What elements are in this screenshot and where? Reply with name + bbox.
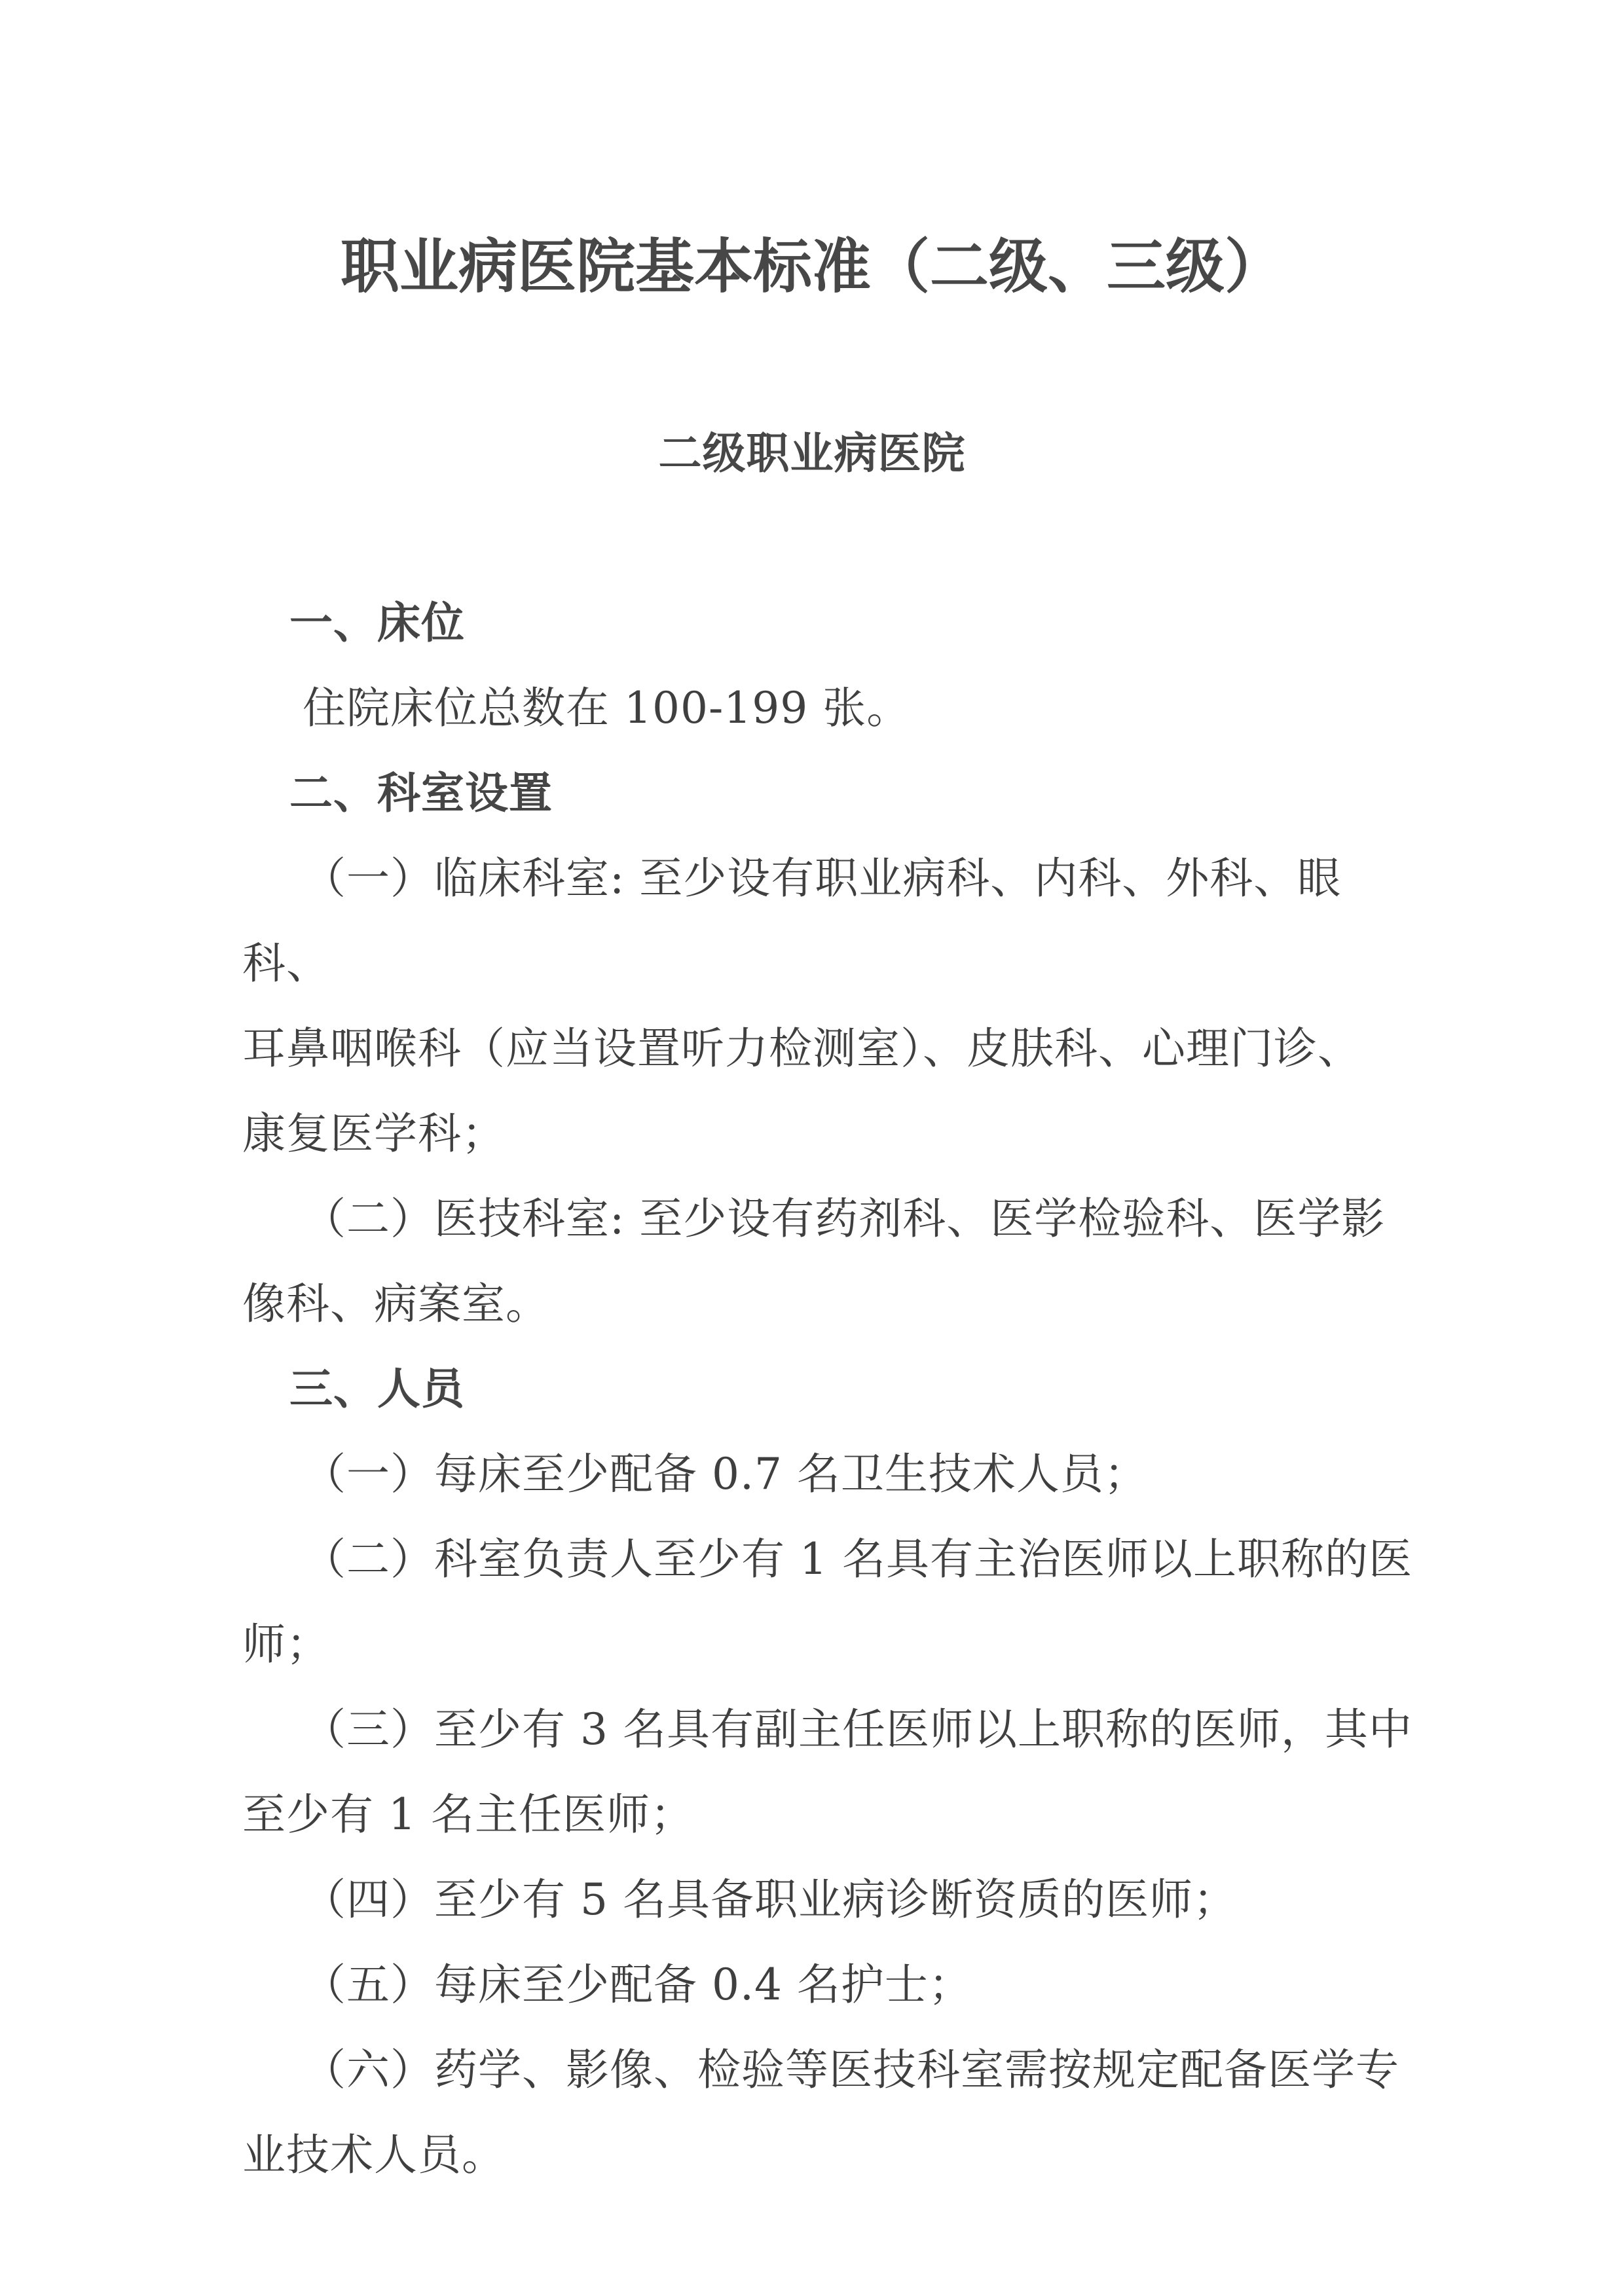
section-heading-beds: 一、床位 bbox=[242, 581, 1414, 666]
paragraph-diagnosis-qualified-physicians: （四）至少有 5 名具备职业病诊断资质的医师； bbox=[242, 1857, 1414, 1942]
section-heading-departments: 二、科室设置 bbox=[242, 751, 1414, 836]
section-heading-personnel: 三、人员 bbox=[242, 1347, 1414, 1432]
paragraph-department-heads: （二）科室负责人至少有 1 名具有主治医师以上职称的医 师； bbox=[242, 1517, 1414, 1687]
paragraph-deputy-chief-physicians: （三）至少有 3 名具有副主任医师以上职称的医师，其中 至少有 1 名主任医师； bbox=[242, 1687, 1414, 1857]
paragraph-health-tech-staff: （一）每床至少配备 0.7 名卫生技术人员； bbox=[242, 1432, 1414, 1517]
page-subtitle: 二级职业病医院 bbox=[0, 411, 1624, 496]
document-body: 一、床位 住院床位总数在 100-199 张。 二、科室设置 （一）临床科室: … bbox=[242, 581, 1414, 2198]
paragraph-medtech-staff: （六）药学、影像、检验等医技科室需按规定配备医学专 业技术人员。 bbox=[242, 2028, 1414, 2198]
paragraph-nurses: （五）每床至少配备 0.4 名护士； bbox=[242, 1942, 1414, 2028]
document-page: 职业病医院基本标准（二级、三级） 二级职业病医院 一、床位 住院床位总数在 10… bbox=[0, 0, 1624, 2296]
paragraph-medtech-departments: （二）医技科室: 至少设有药剂科、医学检验科、医学影 像科、病案室。 bbox=[242, 1176, 1414, 1347]
paragraph-clinical-departments: （一）临床科室: 至少设有职业病科、内科、外科、眼科、 耳鼻咽喉科（应当设置听力… bbox=[242, 836, 1414, 1176]
paragraph-bed-count: 住院床位总数在 100-199 张。 bbox=[242, 666, 1414, 751]
page-title: 职业病医院基本标准（二级、三级） bbox=[0, 238, 1624, 297]
